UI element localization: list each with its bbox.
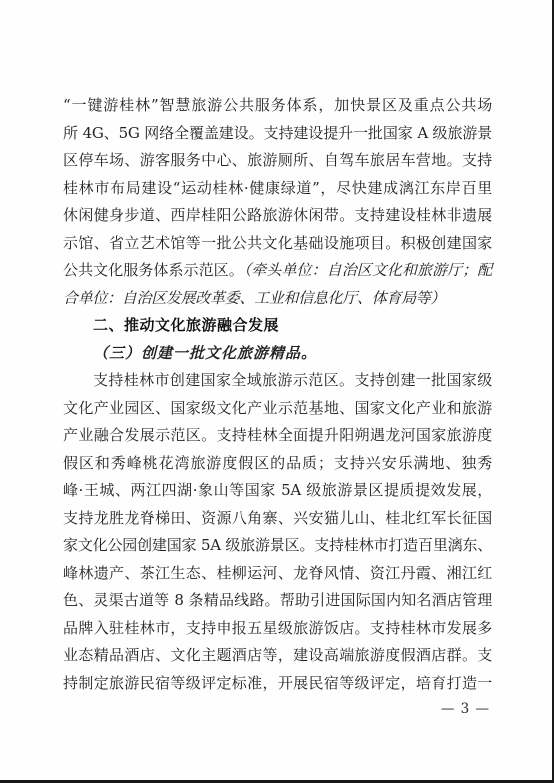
text-line: “一键游桂林”智慧旅游公共服务体系，加快景区及重点公共场	[63, 92, 492, 120]
text-line: 家文化公园创建国家 5A 级旅游景区。支持桂林市打造百里漓东、	[63, 532, 492, 560]
text-line: 品牌入驻桂林市，支持申报五星级旅游饭店。支持桂林市发展多	[63, 615, 492, 643]
text-segment-kaiti: 合单位：自治区发展改革委、工业和信息化厅、体育局等）	[63, 289, 445, 307]
text-segment-body: 支持桂林市创建国家全域旅游示范区。支持创建一批国家级	[93, 371, 492, 389]
text-segment-body: 所 4G、5G 网络全覆盖建设。支持建设提升一批国家 A 级旅游景	[63, 124, 492, 142]
text-segment-body: 持制定旅游民宿等级评定标准，开展民宿等级评定，培育打造一	[63, 674, 492, 692]
text-line: 合单位：自治区发展改革委、工业和信息化厅、体育局等）	[63, 285, 492, 313]
text-line: 桂林市布局建设“运动桂林·健康绿道”，尽快建成漓江东岸百里	[63, 175, 492, 203]
text-line: 文化产业园区、国家级文化产业示范基地、国家文化产业和旅游	[63, 395, 492, 423]
text-line: 公共文化服务体系示范区。（牵头单位：自治区文化和旅游厅；配	[63, 257, 492, 285]
text-line: 支持桂林市创建国家全域旅游示范区。支持创建一批国家级	[63, 367, 492, 395]
text-line: 示馆、省立艺术馆等一批公共文化基础设施项目。积极创建国家	[63, 230, 492, 258]
text-line: （三）创建一批文化旅游精品。	[63, 340, 492, 368]
text-line: 支持龙胜龙脊梯田、资源八角寨、兴安猫儿山、桂北红军长征国	[63, 505, 492, 533]
document-body: “一键游桂林”智慧旅游公共服务体系，加快景区及重点公共场所 4G、5G 网络全覆…	[63, 92, 492, 697]
text-segment-body: 峰·王城、两江四湖·象山等国家 5A 级旅游景区提质提效发展，	[63, 481, 492, 499]
text-line: 休闲健身步道、西岸桂阳公路旅游休闲带。支持建设桂林非遗展	[63, 202, 492, 230]
text-segment-heading: 二、推动文化旅游融合发展	[93, 316, 279, 334]
text-segment-body: 家文化公园创建国家 5A 级旅游景区。支持桂林市打造百里漓东、	[63, 536, 492, 554]
text-line: 色、灵渠古道等 8 条精品线路。帮助引进国际国内知名酒店管理	[63, 587, 492, 615]
text-segment-body: “一键游桂林”智慧旅游公共服务体系，加快景区及重点公共场	[63, 96, 492, 114]
text-line: 区停车场、游客服务中心、旅游厕所、自驾车旅居车营地。支持	[63, 147, 492, 175]
text-segment-body: 区停车场、游客服务中心、旅游厕所、自驾车旅居车营地。支持	[63, 151, 492, 169]
text-segment-body: 品牌入驻桂林市，支持申报五星级旅游饭店。支持桂林市发展多	[63, 619, 492, 637]
text-segment-kaiti: （牵头单位：自治区文化和旅游厅；配	[244, 261, 492, 279]
text-segment-kaiti-bold: （三）创建一批文化旅游精品。	[93, 344, 317, 362]
text-segment-body: 桂林市布局建设“运动桂林·健康绿道”，尽快建成漓江东岸百里	[63, 179, 492, 197]
text-line: 业态精品酒店、文化主题酒店等，建设高端旅游度假酒店群。支	[63, 642, 492, 670]
text-line: 二、推动文化旅游融合发展	[63, 312, 492, 340]
text-segment-body: 公共文化服务体系示范区。	[63, 261, 244, 279]
text-segment-body: 产业融合发展示范区。支持桂林全面提升阳朔遇龙河国家旅游度	[63, 426, 492, 444]
text-segment-body: 业态精品酒店、文化主题酒店等，建设高端旅游度假酒店群。支	[63, 646, 492, 664]
text-segment-body: 峰林遗产、茶江生态、桂柳运河、龙脊风情、资江丹霞、湘江红	[63, 564, 492, 582]
text-line: 峰林遗产、茶江生态、桂柳运河、龙脊风情、资江丹霞、湘江红	[63, 560, 492, 588]
text-line: 峰·王城、两江四湖·象山等国家 5A 级旅游景区提质提效发展，	[63, 477, 492, 505]
text-line: 持制定旅游民宿等级评定标准，开展民宿等级评定，培育打造一	[63, 670, 492, 698]
text-line: 假区和秀峰桃花湾旅游度假区的品质；支持兴安乐满地、独秀	[63, 450, 492, 478]
text-line: 所 4G、5G 网络全覆盖建设。支持建设提升一批国家 A 级旅游景	[63, 120, 492, 148]
document-page: “一键游桂林”智慧旅游公共服务体系，加快景区及重点公共场所 4G、5G 网络全覆…	[0, 0, 554, 783]
text-segment-body: 假区和秀峰桃花湾旅游度假区的品质；支持兴安乐满地、独秀	[63, 454, 492, 472]
text-segment-body: 色、灵渠古道等 8 条精品线路。帮助引进国际国内知名酒店管理	[63, 591, 492, 609]
text-segment-body: 支持龙胜龙脊梯田、资源八角寨、兴安猫儿山、桂北红军长征国	[63, 509, 492, 527]
text-line: 产业融合发展示范区。支持桂林全面提升阳朔遇龙河国家旅游度	[63, 422, 492, 450]
text-segment-body: 文化产业园区、国家级文化产业示范基地、国家文化产业和旅游	[63, 399, 492, 417]
page-number: — 3 —	[441, 700, 490, 718]
text-segment-body: 示馆、省立艺术馆等一批公共文化基础设施项目。积极创建国家	[63, 234, 492, 252]
text-segment-body: 休闲健身步道、西岸桂阳公路旅游休闲带。支持建设桂林非遗展	[63, 206, 492, 224]
